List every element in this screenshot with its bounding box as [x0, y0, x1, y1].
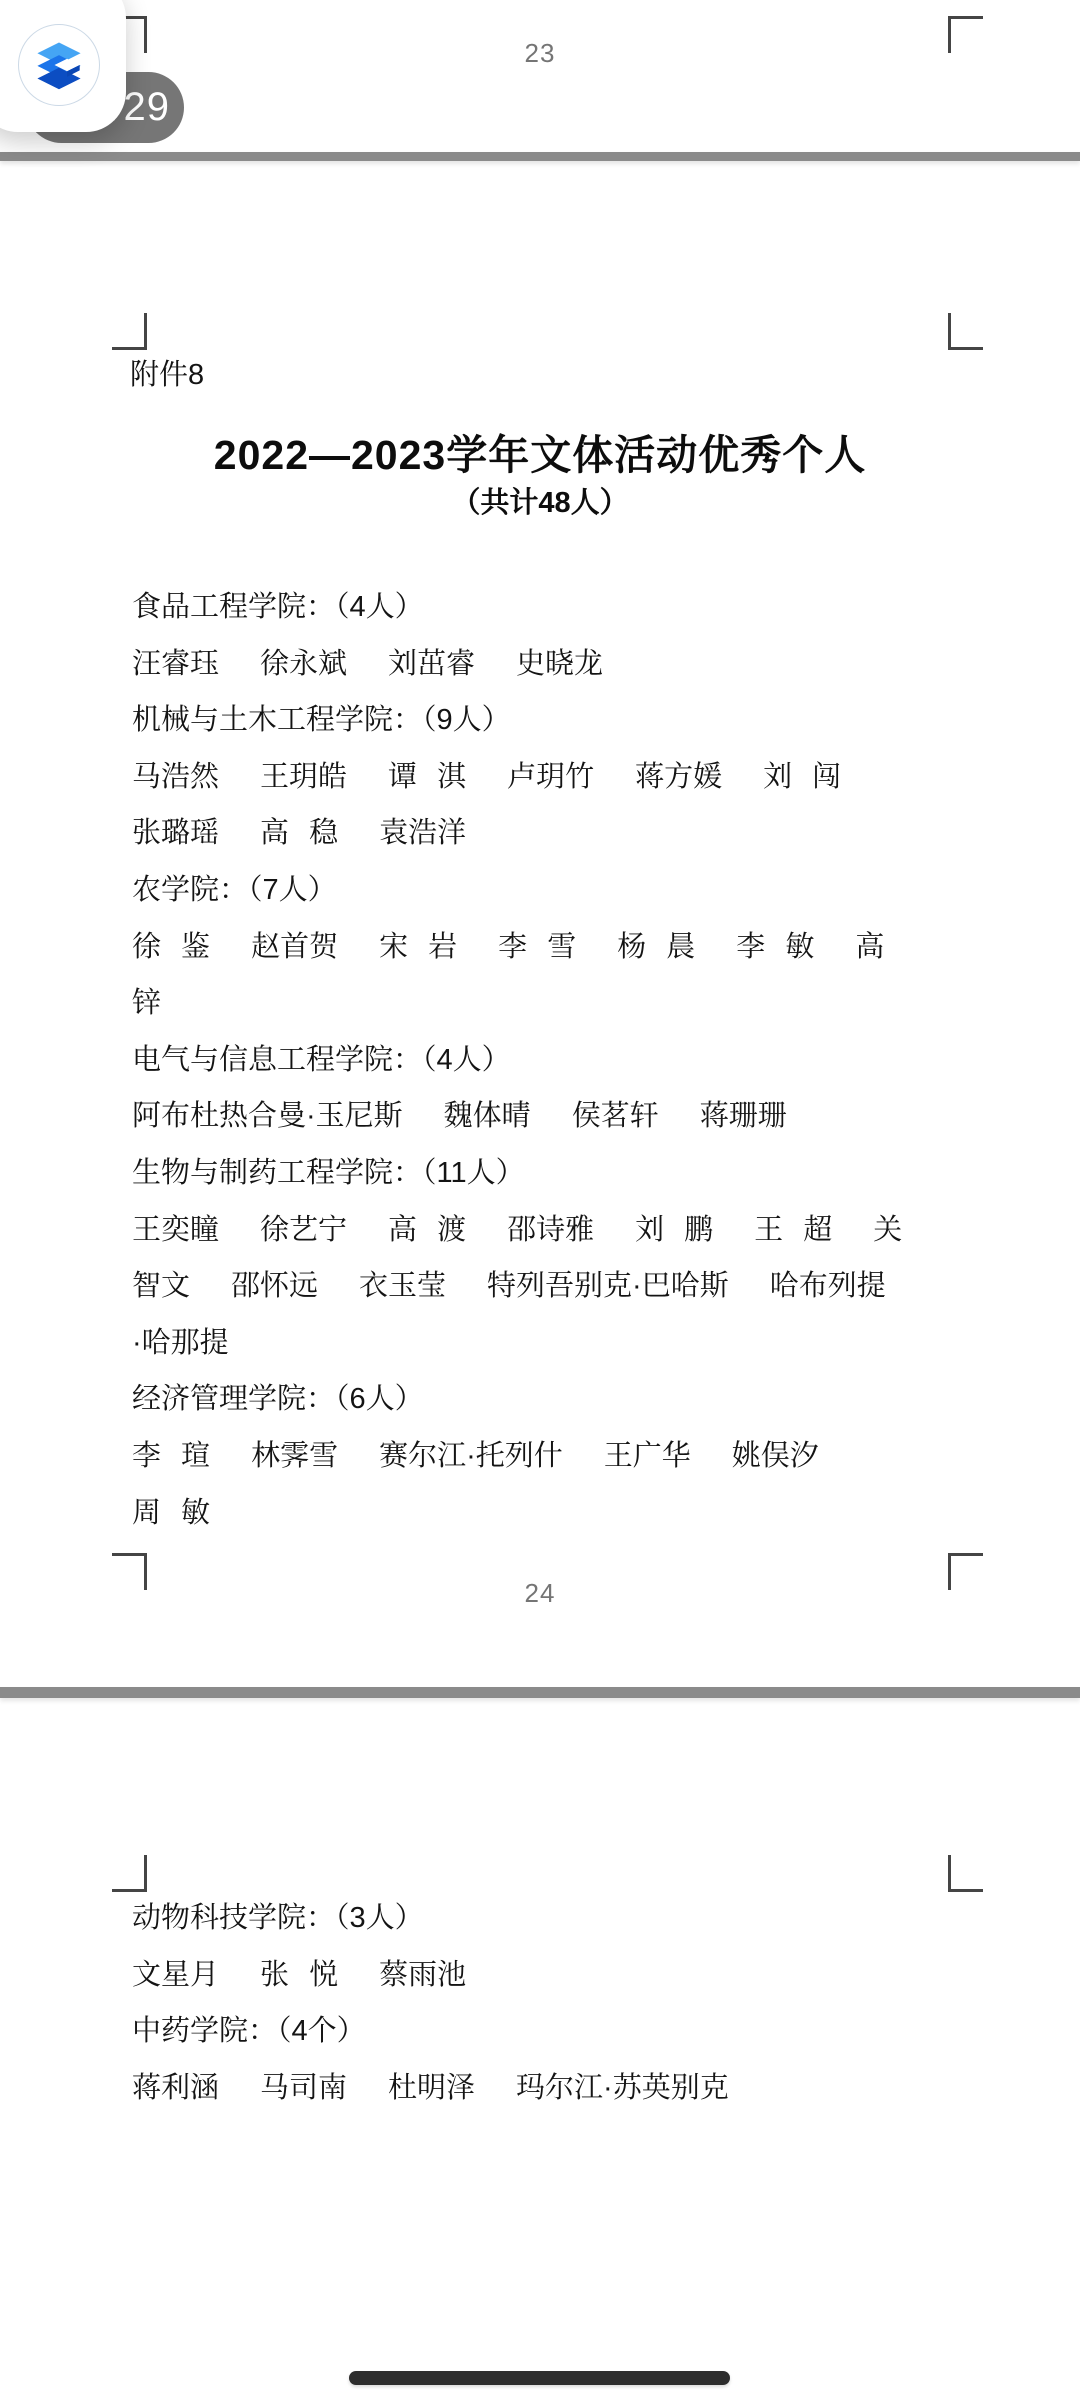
- person-name: 王奕瞳: [132, 1210, 219, 1250]
- person-name: 高 渡: [388, 1210, 466, 1250]
- corner-mark-top-left: [112, 313, 147, 350]
- person-name: ·哈那提: [132, 1323, 229, 1363]
- names-line: 阿布杜热合曼·玉尼斯魏体晴侯茗轩蒋珊珊: [132, 1096, 985, 1136]
- names-line: 张璐瑶高 稳袁浩洋: [132, 813, 985, 853]
- person-name: 刘 鹏: [635, 1210, 713, 1250]
- names-line: 徐 鉴赵首贺宋 岩李 雪杨 晨李 敏高: [132, 927, 985, 967]
- person-name: 杨 晨: [617, 927, 695, 967]
- person-name: 王广华: [604, 1436, 691, 1476]
- person-name: 特列吾别克·巴哈斯: [487, 1266, 729, 1306]
- section-header: 机械与土木工程学院：（9人）: [132, 700, 985, 740]
- person-name: 徐永斌: [260, 644, 347, 684]
- person-name: 马司南: [260, 2068, 347, 2108]
- person-name: 蒋利涵: [132, 2068, 219, 2108]
- person-name: 姚俣汐: [732, 1436, 819, 1476]
- floating-widget[interactable]: [0, 0, 126, 132]
- doc-subtitle: （共计48人）: [0, 480, 1080, 521]
- page-number: 24: [0, 1578, 1080, 1609]
- person-name: 哈布列提: [770, 1266, 886, 1306]
- person-name: 王 超: [754, 1210, 832, 1250]
- person-name: 文星月: [132, 1955, 219, 1995]
- person-name: 锌: [132, 983, 161, 1023]
- section-header: 生物与制药工程学院：（11人）: [132, 1153, 985, 1193]
- person-name: 谭 淇: [388, 757, 466, 797]
- person-name: 张璐瑶: [132, 813, 219, 853]
- names-line: 周 敏: [132, 1493, 985, 1533]
- person-name: 玛尔江·苏英别克: [516, 2068, 729, 2108]
- person-name: 赛尔江·托列什: [379, 1436, 563, 1476]
- section-header: 电气与信息工程学院：（4人）: [132, 1040, 985, 1080]
- corner-mark-top-left: [112, 1855, 147, 1892]
- section-header: 食品工程学院：（4人）: [132, 587, 985, 627]
- person-name: 王玥皓: [260, 757, 347, 797]
- person-name: 刘茁睿: [388, 644, 475, 684]
- person-name: 林霁雪: [251, 1436, 338, 1476]
- person-name: 邵诗雅: [507, 1210, 594, 1250]
- person-name: 李 瑄: [132, 1436, 210, 1476]
- section-header: 经济管理学院：（6人）: [132, 1379, 985, 1419]
- names-line: 智文邵怀远衣玉莹特列吾别克·巴哈斯哈布列提: [132, 1266, 985, 1306]
- names-line: ·哈那提: [132, 1323, 985, 1363]
- person-name: 侯茗轩: [572, 1096, 659, 1136]
- app-logo-icon: [18, 24, 100, 106]
- person-name: 蔡雨池: [379, 1955, 466, 1995]
- person-name: 马浩然: [132, 757, 219, 797]
- page-divider: [0, 152, 1080, 161]
- doc-title: 2022—2023学年文体活动优秀个人: [0, 422, 1080, 481]
- page-number: 23: [0, 38, 1080, 69]
- document-viewer[interactable]: 23 附件8 2022—2023学年文体活动优秀个人 （共计48人） 食品工程学…: [0, 0, 1080, 2400]
- person-name: 徐 鉴: [132, 927, 210, 967]
- person-name: 刘 闯: [763, 757, 841, 797]
- names-line: 汪睿珏徐永斌刘茁睿史晓龙: [132, 644, 985, 684]
- person-name: 高 稳: [260, 813, 338, 853]
- names-line: 王奕瞳徐艺宁高 渡邵诗雅刘 鹏王 超关: [132, 1210, 985, 1250]
- person-name: 袁浩洋: [379, 813, 466, 853]
- person-name: 汪睿珏: [132, 644, 219, 684]
- names-line: 马浩然王玥皓谭 淇卢玥竹蒋方媛刘 闯: [132, 757, 985, 797]
- section-header: 动物科技学院：（3人）: [132, 1898, 985, 1938]
- layered-cube-icon: [32, 38, 86, 92]
- person-name: 史晓龙: [516, 644, 603, 684]
- person-name: 周 敏: [132, 1493, 210, 1533]
- person-name: 蒋方媛: [635, 757, 722, 797]
- person-name: 智文: [132, 1266, 190, 1306]
- person-name: 魏体晴: [444, 1096, 531, 1136]
- names-line: 锌: [132, 983, 985, 1023]
- corner-mark-top-right: [948, 313, 983, 350]
- corner-mark-top-right: [948, 1855, 983, 1892]
- person-name: 徐艺宁: [260, 1210, 347, 1250]
- names-line: 李 瑄林霁雪赛尔江·托列什王广华姚俣汐: [132, 1436, 985, 1476]
- section-header: 中药学院：（4个）: [132, 2011, 985, 2051]
- person-name: 李 雪: [498, 927, 576, 967]
- page-divider: [0, 1687, 1080, 1698]
- person-name: 蒋珊珊: [700, 1096, 787, 1136]
- section-header: 农学院：（7人）: [132, 870, 985, 910]
- person-name: 衣玉莹: [359, 1266, 446, 1306]
- names-line: 蒋利涵马司南杜明泽玛尔江·苏英别克: [132, 2068, 985, 2108]
- person-name: 李 敏: [736, 927, 814, 967]
- home-indicator[interactable]: [349, 2371, 730, 2385]
- person-name: 卢玥竹: [507, 757, 594, 797]
- person-name: 高: [855, 927, 884, 967]
- person-name: 杜明泽: [388, 2068, 475, 2108]
- person-name: 阿布杜热合曼·玉尼斯: [132, 1096, 403, 1136]
- person-name: 赵首贺: [251, 927, 338, 967]
- person-name: 宋 岩: [379, 927, 457, 967]
- names-line: 文星月张 悦蔡雨池: [132, 1955, 985, 1995]
- person-name: 张 悦: [260, 1955, 338, 1995]
- attachment-label: 附件8: [130, 352, 204, 393]
- person-name: 关: [873, 1210, 902, 1250]
- person-name: 邵怀远: [231, 1266, 318, 1306]
